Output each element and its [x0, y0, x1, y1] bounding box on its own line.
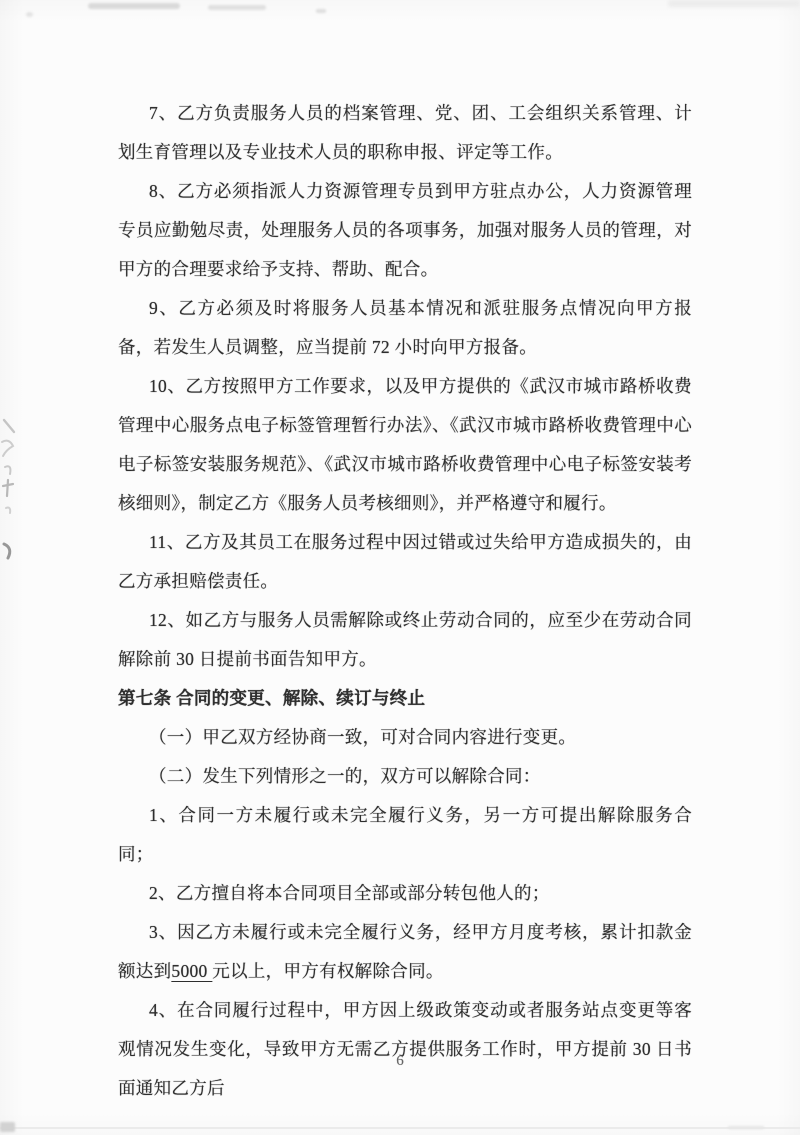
clause-8: 8、乙方必须指派人力资源管理专员到甲方驻点办公，人力资源管理专员应勤勉尽责，处理…	[118, 172, 692, 289]
scan-artifact-bottom-mark	[0, 1122, 15, 1132]
article-7-heading: 第七条 合同的变更、解除、续订与终止	[118, 679, 692, 718]
clause-12: 12、如乙方与服务人员需解除或终止劳动合同的，应至少在劳动合同解除前 30 日提…	[118, 601, 692, 679]
scanned-contract-page: 7、乙方负责服务人员的档案管理、党、团、工会组织关系管理、计划生育管理以及专业技…	[0, 0, 800, 1135]
scan-artifact-top	[208, 5, 266, 10]
document-body: 7、乙方负责服务人员的档案管理、党、团、工会组织关系管理、计划生育管理以及专业技…	[118, 94, 692, 1108]
page-number: 6	[0, 1050, 800, 1072]
clause-7: 7、乙方负责服务人员的档案管理、党、团、工会组织关系管理、计划生育管理以及专业技…	[118, 94, 692, 172]
termination-subitem-2: 2、乙方擅自将本合同项目全部或部分转包他人的；	[118, 874, 692, 913]
scan-artifact-top	[88, 3, 180, 9]
scan-artifact-dot	[26, 12, 33, 17]
scan-artifact-top	[316, 9, 326, 13]
scan-artifact-bottom-mark	[728, 1126, 764, 1129]
margin-smudge	[0, 412, 22, 562]
article-7-item-2: （二）发生下列情形之一的，双方可以解除合同：	[118, 757, 692, 796]
termination-subitem-1: 1、合同一方未履行或未完全履行义务，另一方可提出解除服务合同；	[118, 796, 692, 874]
clause-11: 11、乙方及其员工在服务过程中因过错或过失给甲方造成损失的，由乙方承担赔偿责任。	[118, 523, 692, 601]
clause-9: 9、乙方必须及时将服务人员基本情况和派驻服务点情况向甲方报备，若发生人员调整，应…	[118, 289, 692, 367]
termination-subitem-3: 3、因乙方未履行或未完全履行义务，经甲方月度考核，累计扣款金额达到5000 元以…	[118, 913, 692, 991]
scan-artifact-bottom-line	[0, 1127, 800, 1129]
article-7-item-1: （一）甲乙双方经协商一致，可对合同内容进行变更。	[118, 718, 692, 757]
clause-10: 10、乙方按照甲方工作要求，以及甲方提供的《武汉市城市路桥收费管理中心服务点电子…	[118, 367, 692, 523]
scan-artifact-top	[668, 0, 800, 7]
